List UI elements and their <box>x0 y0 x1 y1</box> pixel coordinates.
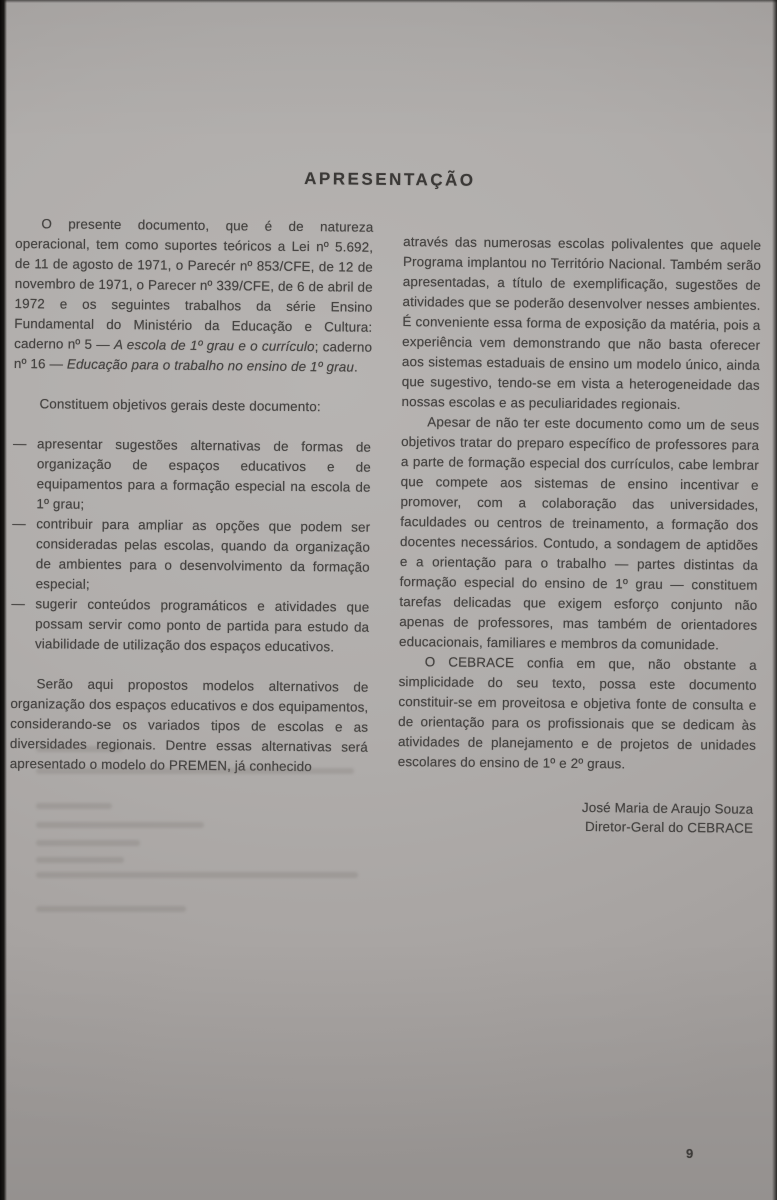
list-item: — sugerir conteúdos programáticos e ativ… <box>11 594 370 658</box>
dash-marker: — <box>13 434 27 454</box>
bleed-through-line <box>36 822 204 828</box>
page-number: 9 <box>686 1146 693 1161</box>
paragraph: O presente documento, que é de natureza … <box>14 214 374 378</box>
paragraph: Constituem objetivos gerais deste docume… <box>13 394 371 418</box>
paragraph: O CEBRACE confia em que, não obstante a … <box>398 652 757 776</box>
book-title-italic: A escola de 1º grau e o currículo <box>114 337 315 354</box>
left-column: O presente documento, que é de natureza … <box>9 214 373 834</box>
list-item: — apresentar sugestões alternativas de f… <box>12 434 371 518</box>
paragraph: através das numerosas escolas polivalent… <box>401 232 761 416</box>
bleed-through-line <box>36 746 122 752</box>
bleed-through-line <box>36 906 186 912</box>
signature-role: Diretor-Geral do CEBRACE <box>397 815 753 838</box>
dash-marker: — <box>11 594 25 614</box>
signature-block: José Maria de Araujo Souza Diretor-Geral… <box>397 796 755 838</box>
book-title-italic: Educação para o trabalho no ensino de 1º… <box>67 357 354 375</box>
photo-edge-right <box>772 0 777 1200</box>
page-title: APRESENTAÇÃO <box>16 166 764 194</box>
bleed-through-line <box>36 840 140 846</box>
scanned-page: APRESENTAÇÃO O presente documento, que é… <box>0 0 777 1200</box>
text-columns: O presente documento, que é de natureza … <box>9 214 763 838</box>
bleed-through-line <box>36 872 358 878</box>
objectives-list: — apresentar sugestões alternativas de f… <box>11 434 371 658</box>
bleed-through-line <box>36 768 354 774</box>
bleed-through-line <box>36 857 124 863</box>
paragraph-text: O presente documento, que é de natureza … <box>14 216 373 352</box>
list-item: — contribuir para ampliar as opções que … <box>12 514 371 598</box>
dash-marker: — <box>12 514 26 534</box>
photo-edge-top <box>0 0 777 3</box>
page-content: APRESENTAÇÃO O presente documento, que é… <box>9 166 764 838</box>
paragraph: Serão aqui propostos modelos alternativo… <box>10 674 369 778</box>
list-item-text: sugerir conteúdos programáticos e ativid… <box>35 596 370 654</box>
bleed-through-line <box>36 803 112 809</box>
list-item-text: apresentar sugestões alternativas de for… <box>36 436 371 511</box>
photo-edge-left <box>0 0 7 1200</box>
list-item-text: contribuir para ampliar as opções que po… <box>36 516 371 592</box>
paragraph-text: . <box>354 360 358 375</box>
paragraph: Apesar de não ter este documento como um… <box>399 412 759 656</box>
right-column: através das numerosas escolas polivalent… <box>397 218 761 838</box>
